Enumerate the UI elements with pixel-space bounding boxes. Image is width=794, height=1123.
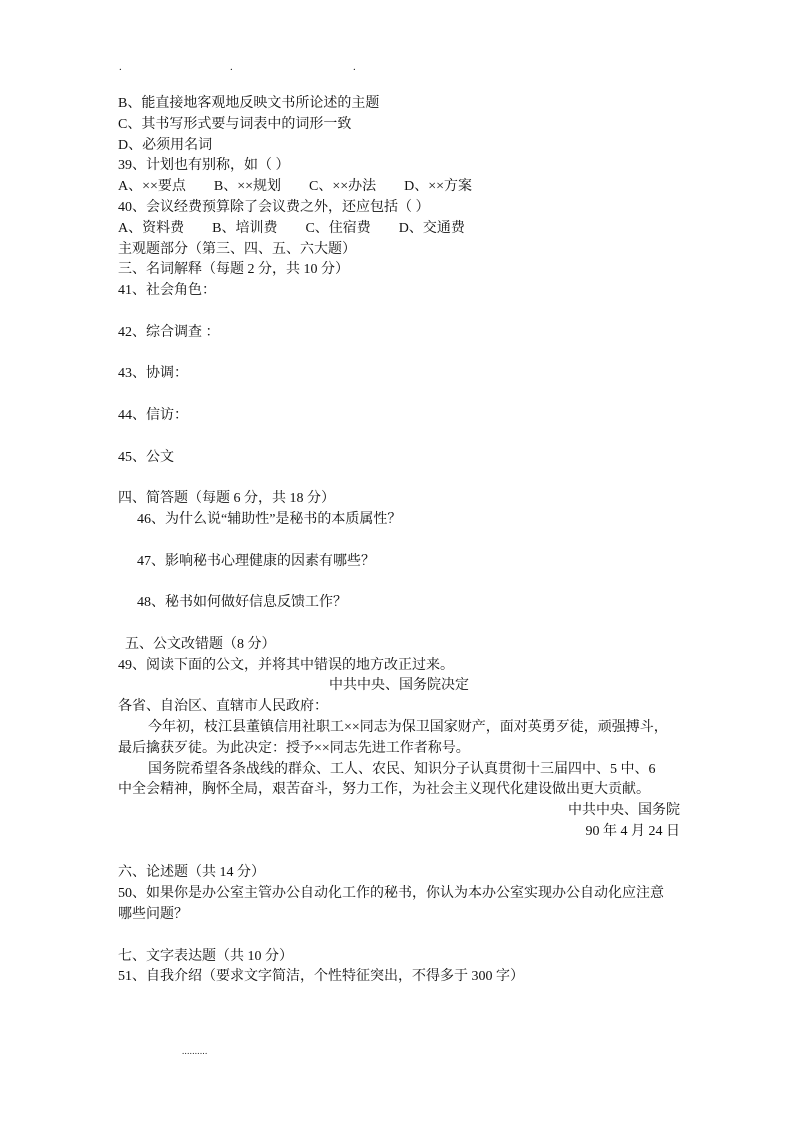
notice-para-1-line-1: 今年初，枝江县董镇信用社职工××同志为保卫国家财产，面对英勇歹徒，顽强搏斗， xyxy=(118,718,680,739)
question-43: 43、协调： xyxy=(118,364,680,385)
question-44: 44、信访： xyxy=(118,406,680,427)
question-50-line-2: 哪些问题？ xyxy=(118,905,680,926)
question-40: 40、会议经费预算除了会议费之外，还应包括（ ） xyxy=(118,198,680,219)
section-4-heading: 四、简答题（每题 6 分，共 18 分） xyxy=(118,489,680,510)
document-page: . . . B、能直接地客观地反映文书所论述的主题 C、其书写形式要与词表中的词… xyxy=(0,0,794,1123)
question-42: 42、综合调查 ： xyxy=(118,323,680,344)
notice-para-2-line-2: 中全会精神，胸怀全局，艰苦奋斗，努力工作，为社会主义现代化建设做出更大贡献。 xyxy=(118,780,680,801)
notice-title: 中共中央、国务院决定 xyxy=(118,676,680,697)
header-dot-2: . xyxy=(230,60,233,74)
exam-body: B、能直接地客观地反映文书所论述的主题 C、其书写形式要与词表中的词形一致 D、… xyxy=(118,94,680,988)
option-b-line: B、能直接地客观地反映文书所论述的主题 xyxy=(118,94,680,115)
footer-ellipsis: .......... xyxy=(182,1045,208,1057)
blank-line xyxy=(118,302,680,323)
blank-line xyxy=(118,427,680,448)
notice-para-1-line-2: 最后擒获歹徒。为此决定：授予××同志先进工作者称号。 xyxy=(118,739,680,760)
notice-para-2-line-1: 国务院希望各条战线的群众、工人、农民、知识分子认真贯彻十三届四中、5 中、6 xyxy=(118,760,680,781)
blank-line xyxy=(118,344,680,365)
notice-date: 90 年 4 月 24 日 xyxy=(118,822,680,843)
question-51: 51、自我介绍（要求文字简洁，个性特征突出，不得多于 300 字） xyxy=(118,967,680,988)
blank-line xyxy=(118,572,680,593)
blank-line xyxy=(118,385,680,406)
blank-line xyxy=(118,468,680,489)
question-48: 48、秘书如何做好信息反馈工作？ xyxy=(118,593,680,614)
header-dot-3: . xyxy=(353,60,356,74)
blank-line xyxy=(118,926,680,947)
question-41: 41、社会角色： xyxy=(118,281,680,302)
section-3-heading: 三、名词解释（每题 2 分，共 10 分） xyxy=(118,260,680,281)
subjective-part-note: 主观题部分（第三、四、五、六大题） xyxy=(118,240,680,261)
question-50-line-1: 50、如果你是办公室主管办公自动化工作的秘书，你认为本办公室实现办公自动化应注意 xyxy=(118,884,680,905)
question-39: 39、计划也有别称，如（ ） xyxy=(118,156,680,177)
option-d-line: D、必须用名词 xyxy=(118,136,680,157)
section-6-heading: 六、论述题（共 14 分） xyxy=(118,863,680,884)
question-47: 47、影响秘书心理健康的因素有哪些？ xyxy=(118,552,680,573)
question-46: 46、为什么说“辅助性”是秘书的本质属性？ xyxy=(118,510,680,531)
section-7-heading: 七、文字表达题（共 10 分） xyxy=(118,947,680,968)
section-5-heading: 五、公文改错题（8 分） xyxy=(118,635,680,656)
notice-signature: 中共中央、国务院 xyxy=(118,801,680,822)
blank-line xyxy=(118,531,680,552)
question-49: 49、阅读下面的公文，并将其中错误的地方改正过来。 xyxy=(118,656,680,677)
blank-line xyxy=(118,843,680,864)
question-39-options: A、××要点 B、××规划 C、××办法 D、××方案 xyxy=(118,177,680,198)
blank-line xyxy=(118,614,680,635)
question-45: 45、公文 xyxy=(118,448,680,469)
question-40-options: A、资料费 B、培训费 C、住宿费 D、交通费 xyxy=(118,219,680,240)
option-c-line: C、其书写形式要与词表中的词形一致 xyxy=(118,115,680,136)
notice-salutation: 各省、自治区、直辖市人民政府： xyxy=(118,697,680,718)
header-dot-1: . xyxy=(119,60,122,74)
